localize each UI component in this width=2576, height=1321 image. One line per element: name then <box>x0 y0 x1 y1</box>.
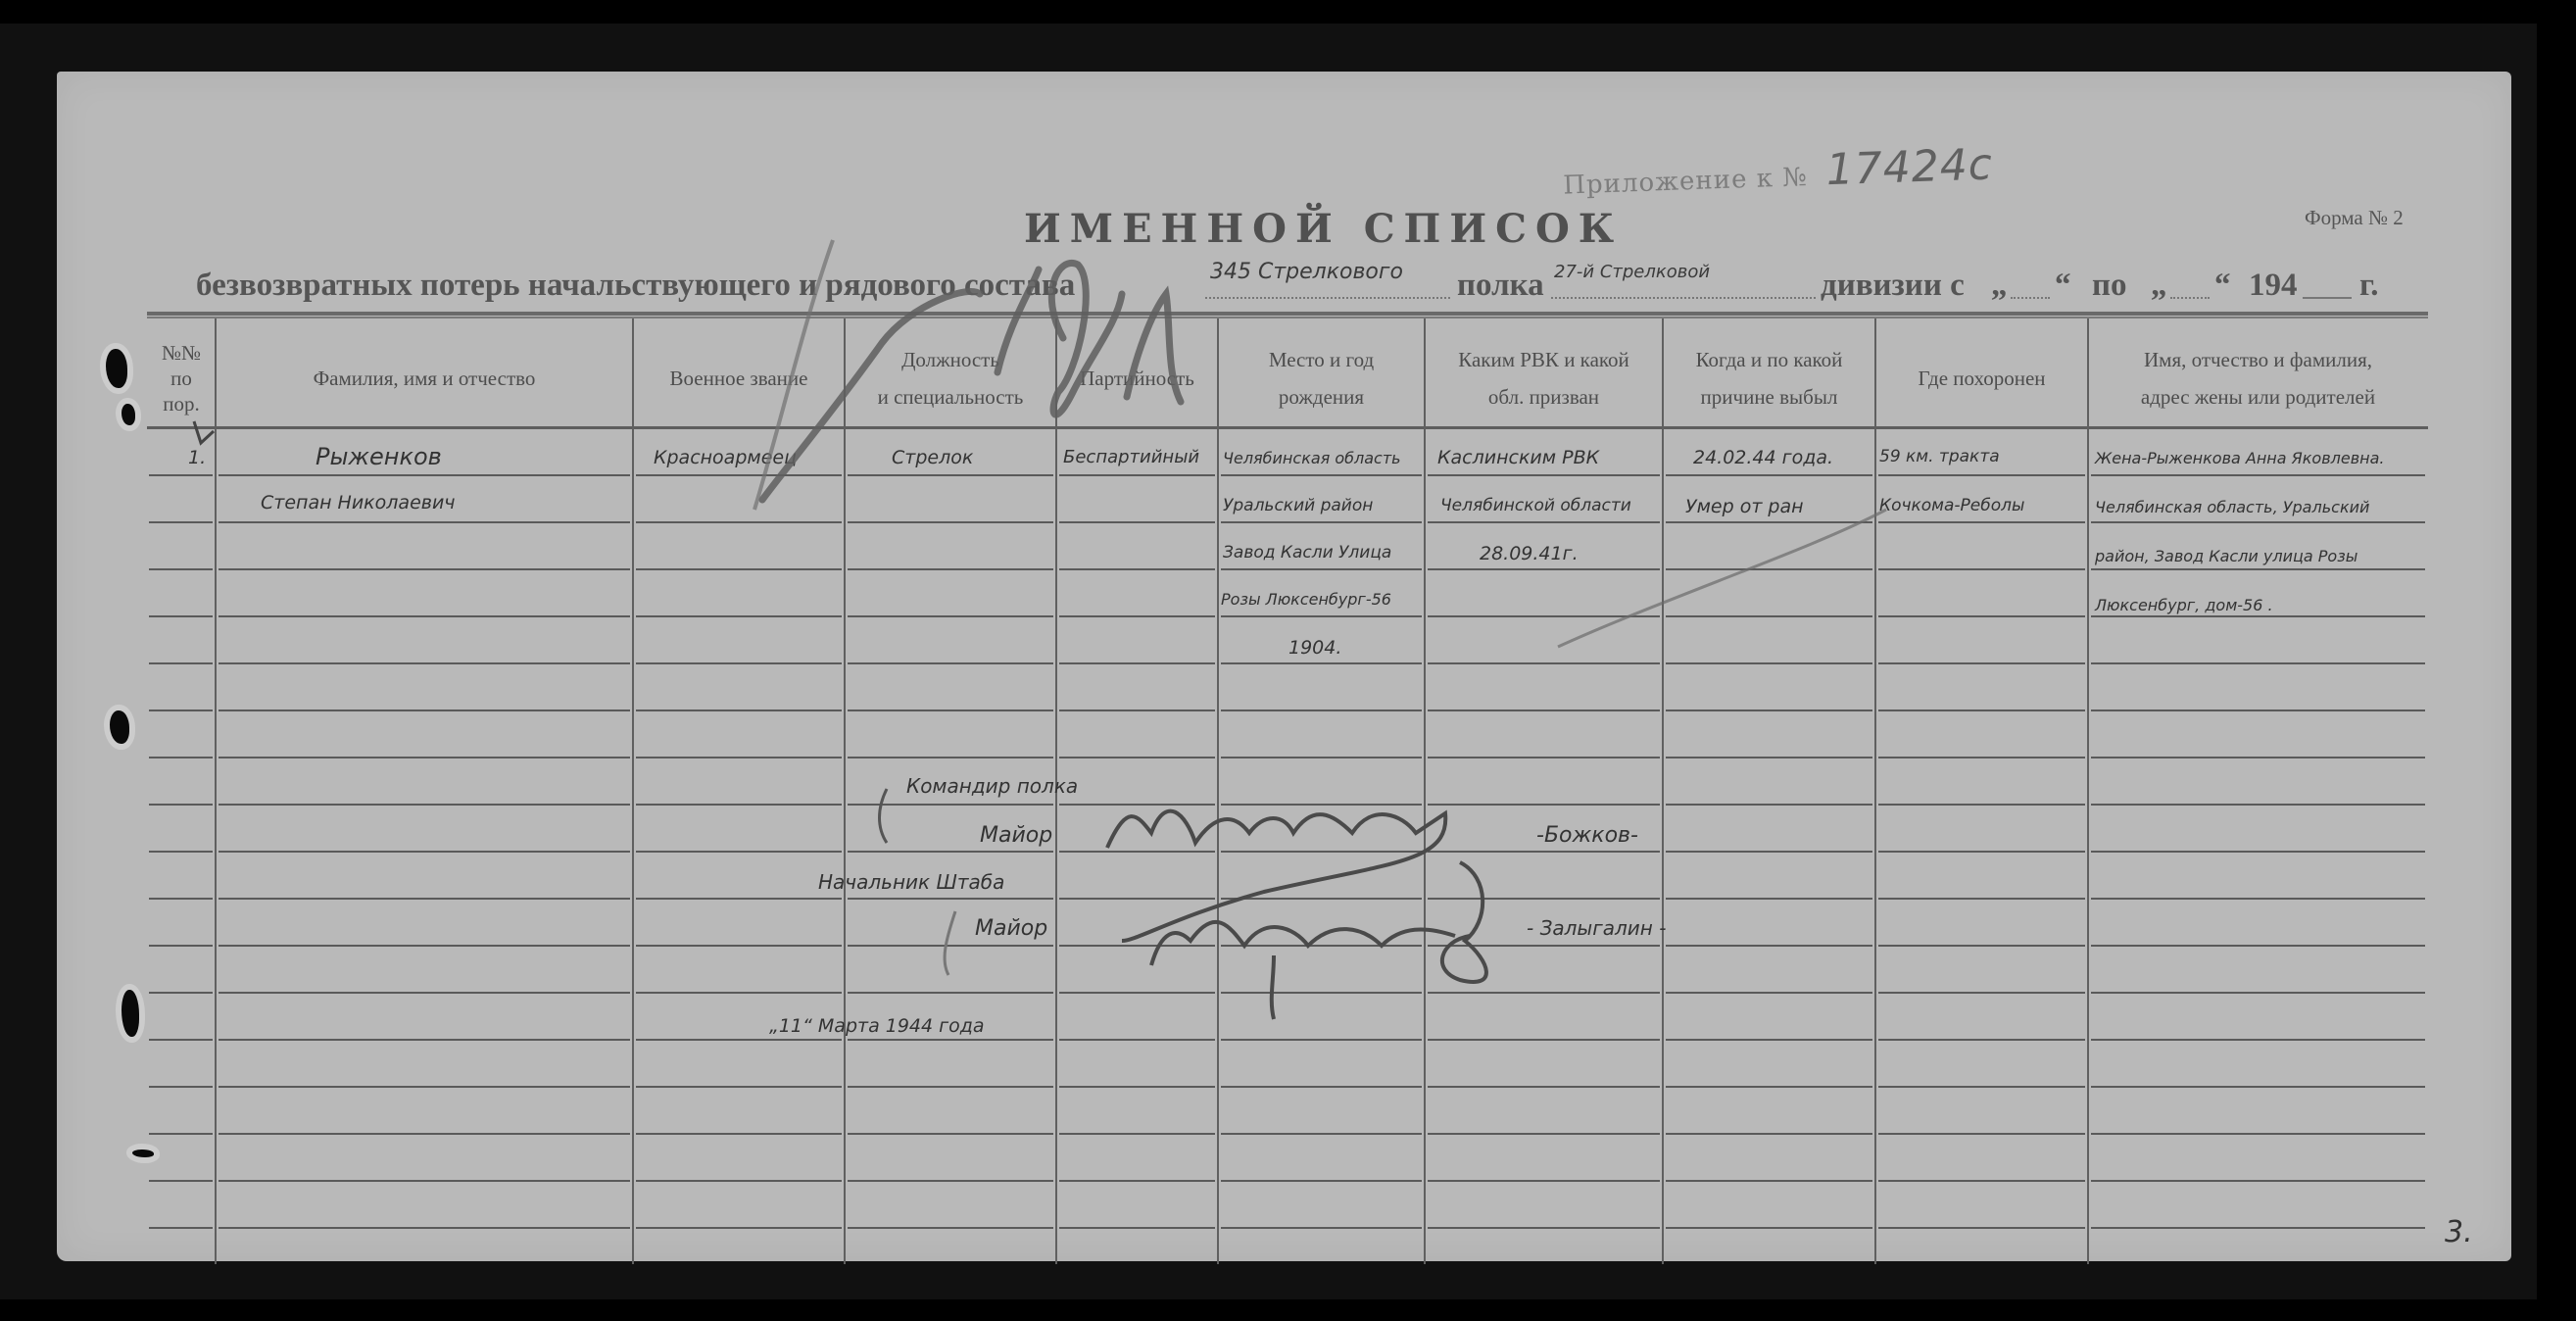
row-rule <box>1221 474 1422 476</box>
row-rule <box>1666 1227 1872 1229</box>
row-rule <box>636 709 842 711</box>
row-rule <box>1878 804 2085 806</box>
entry-rvk-line: Челябинской области <box>1440 496 1631 515</box>
row-rule <box>2091 1133 2425 1135</box>
row-rule <box>219 851 630 853</box>
entry-cause: Умер от ран <box>1685 496 1804 517</box>
row-rule <box>848 992 1053 994</box>
row-rule <box>1666 709 1872 711</box>
row-rule <box>219 615 630 617</box>
row-rule <box>1059 945 1215 947</box>
row-rule <box>1666 1086 1872 1088</box>
row-rule <box>2091 615 2425 617</box>
row-rule <box>219 757 630 758</box>
row-rule <box>1221 521 1422 523</box>
row-rule <box>2091 709 2425 711</box>
row-rule <box>636 1227 842 1229</box>
row-rule <box>149 568 213 570</box>
row-rule <box>1221 568 1422 570</box>
row-rule <box>1221 1180 1422 1182</box>
row-rule <box>848 709 1053 711</box>
row-rule <box>149 992 213 994</box>
row-rule <box>2091 945 2425 947</box>
row-rule <box>1666 474 1872 476</box>
row-rule <box>149 709 213 711</box>
entry-birth-line: Уральский район <box>1223 496 1373 515</box>
row-rule <box>149 474 213 476</box>
quote-open-1: „ <box>1991 268 2008 304</box>
form-number: Форма № 2 <box>2305 206 2404 230</box>
entry-burial-line: Кочкома-Реболы <box>1879 496 2024 515</box>
scan-border-top <box>0 0 2576 24</box>
row-rule <box>149 804 213 806</box>
row-rule <box>2091 757 2425 758</box>
date-to-fill-line <box>2170 268 2210 299</box>
row-rule <box>1878 1133 2085 1135</box>
header-name: Фамилия, имя и отчество <box>217 331 632 424</box>
row-rule <box>219 474 630 476</box>
row-rule <box>1428 945 1660 947</box>
row-rule <box>1666 1039 1872 1041</box>
document-subtitle: безвозвратных потерь начальствующего и р… <box>196 268 2430 307</box>
subtitle-part1: безвозвратных потерь начальствующего и р… <box>196 268 1075 304</box>
row-rule <box>1428 615 1660 617</box>
subtitle-part2: полка <box>1457 268 1544 304</box>
row-rule <box>1221 709 1422 711</box>
row-rule <box>848 757 1053 758</box>
row-rule <box>636 1180 842 1182</box>
row-rule <box>219 945 630 947</box>
row-rule <box>848 521 1053 523</box>
row-rule <box>1059 615 1215 617</box>
header-position: Должность и специальность <box>846 331 1055 424</box>
row-rule <box>2091 1180 2425 1182</box>
row-rule <box>1666 1133 1872 1135</box>
row-rule <box>1878 709 2085 711</box>
row-rule <box>149 1039 213 1041</box>
row-rule <box>2091 568 2425 570</box>
entry-rank: Красноармеец <box>654 447 797 468</box>
row-rule <box>1428 568 1660 570</box>
row-rule <box>1059 851 1215 853</box>
row-rule <box>1059 474 1215 476</box>
entry-birth-line: Завод Касли Улица <box>1223 543 1391 563</box>
row-rule <box>1878 521 2085 523</box>
row-rule <box>1878 1086 2085 1088</box>
row-rule <box>2091 804 2425 806</box>
row-rule <box>1059 757 1215 758</box>
row-rule <box>2091 521 2425 523</box>
row-rule <box>848 615 1053 617</box>
row-rule <box>848 1086 1053 1088</box>
division-fill: 27-й Стрелковой <box>1554 262 1710 282</box>
header-rank: Военное звание <box>634 331 844 424</box>
punch-hole <box>106 349 127 388</box>
row-rule <box>1428 804 1660 806</box>
row-rule <box>848 474 1053 476</box>
punch-hole <box>132 1150 154 1157</box>
column-divider <box>215 318 217 1264</box>
column-divider <box>1874 318 1876 1264</box>
row-rule <box>219 898 630 900</box>
scan-border-right <box>2537 0 2576 1321</box>
row-rule <box>848 851 1053 853</box>
entry-rvk-line: Каслинским РВК <box>1437 447 1599 468</box>
row-rule <box>848 1039 1053 1041</box>
row-rule <box>1878 568 2085 570</box>
row-rule <box>848 662 1053 664</box>
row-rule <box>149 521 213 523</box>
row-rule <box>636 757 842 758</box>
row-rule <box>1428 521 1660 523</box>
column-divider <box>1662 318 1664 1264</box>
row-rule <box>2091 474 2425 476</box>
header-birth: Место и год рождения <box>1219 331 1424 424</box>
row-rule <box>848 1227 1053 1229</box>
row-rule <box>1059 804 1215 806</box>
row-rule <box>1428 662 1660 664</box>
regiment-fill: 345 Стрелкового <box>1210 260 1403 284</box>
document-title: ИМЕННОЙ СПИСОК <box>1024 206 1573 252</box>
entry-relatives-line: Челябинская область, Уральский <box>2095 498 2369 516</box>
column-divider <box>1424 318 1426 1264</box>
column-divider <box>1217 318 1219 1264</box>
row-rule <box>1221 757 1422 758</box>
signing-date: „11“ Марта 1944 года <box>769 1015 985 1037</box>
row-rule <box>149 1133 213 1135</box>
header-when-why: Когда и по какой причине выбыл <box>1664 331 1874 424</box>
row-rule <box>848 898 1053 900</box>
punch-hole <box>122 990 139 1037</box>
row-rule <box>636 945 842 947</box>
row-rule <box>1428 851 1660 853</box>
row-rule <box>219 521 630 523</box>
row-rule <box>1878 992 2085 994</box>
row-rule <box>1221 662 1422 664</box>
row-rule <box>219 1039 630 1041</box>
row-rule <box>1428 757 1660 758</box>
row-rule <box>2091 1086 2425 1088</box>
row-rule <box>1428 992 1660 994</box>
row-rule <box>1428 1227 1660 1229</box>
row-rule <box>149 757 213 758</box>
row-rule <box>636 1086 842 1088</box>
row-rule <box>1059 992 1215 994</box>
row-rule <box>1221 804 1422 806</box>
row-rule <box>1059 521 1215 523</box>
row-rule <box>149 851 213 853</box>
row-rule <box>1878 474 2085 476</box>
row-rule <box>1878 1227 2085 1229</box>
row-rule <box>1428 1086 1660 1088</box>
row-rule <box>1428 709 1660 711</box>
row-rule <box>1666 568 1872 570</box>
row-rule <box>1428 474 1660 476</box>
entry-relatives-line: Жена-Рыженкова Анна Яковлевна. <box>2095 449 2385 467</box>
commander-rank: Майор <box>980 823 1052 848</box>
quote-close-1: “ <box>2055 268 2071 304</box>
chief-of-staff-title: Начальник Штаба <box>818 870 1004 894</box>
header-rvk: Каким РВК и какой обл. призван <box>1426 331 1662 424</box>
row-rule <box>1666 851 1872 853</box>
year-fill-line <box>2303 268 2352 299</box>
header-relatives: Имя, отчество и фамилия, адрес жены или … <box>2089 331 2427 424</box>
row-rule <box>1878 1039 2085 1041</box>
row-rule <box>219 709 630 711</box>
row-rule <box>848 804 1053 806</box>
entry-number: 1. <box>188 447 206 468</box>
row-rule <box>636 615 842 617</box>
row-rule <box>1666 757 1872 758</box>
row-rule <box>1666 1180 1872 1182</box>
entry-party: Беспартийный <box>1063 447 1199 467</box>
quote-open-2: „ <box>2151 268 2167 304</box>
row-rule <box>2091 662 2425 664</box>
entry-surname: Рыженков <box>316 443 442 470</box>
row-rule <box>636 521 842 523</box>
row-rule <box>636 804 842 806</box>
row-rule <box>1666 898 1872 900</box>
row-rule <box>636 1039 842 1041</box>
entry-birth-year: 1904. <box>1288 637 1341 659</box>
row-rule <box>1221 1039 1422 1041</box>
row-rule <box>1666 521 1872 523</box>
row-rule <box>219 1086 630 1088</box>
row-rule <box>149 898 213 900</box>
row-rule <box>1666 615 1872 617</box>
chief-of-staff-name: - Залыгалин - <box>1527 916 1666 940</box>
row-rule <box>1666 662 1872 664</box>
row-rule <box>1221 945 1422 947</box>
row-rule <box>1878 1180 2085 1182</box>
commander-title: Командир полка <box>906 774 1078 798</box>
scan-border-bottom <box>0 1299 2576 1321</box>
row-rule <box>1059 1227 1215 1229</box>
page-number: 3. <box>2445 1215 2473 1249</box>
header-num: №№ по пор. <box>149 331 214 424</box>
row-rule <box>1428 1039 1660 1041</box>
row-rule <box>1059 1180 1215 1182</box>
table-header-bottom-rule <box>147 426 2428 429</box>
row-rule <box>848 1180 1053 1182</box>
column-divider <box>632 318 634 1264</box>
row-rule <box>149 662 213 664</box>
row-rule <box>1059 898 1215 900</box>
quote-close-2: “ <box>2214 268 2231 304</box>
row-rule <box>848 568 1053 570</box>
row-rule <box>219 992 630 994</box>
row-rule <box>848 1133 1053 1135</box>
row-rule <box>219 1180 630 1182</box>
row-rule <box>636 662 842 664</box>
commander-name: -Божков- <box>1536 823 1638 848</box>
row-rule <box>636 474 842 476</box>
row-rule <box>636 1133 842 1135</box>
entry-date-out: 24.02.44 года. <box>1693 447 1833 468</box>
row-rule <box>1428 1133 1660 1135</box>
row-rule <box>219 804 630 806</box>
header-party: Партийность <box>1057 331 1217 424</box>
row-rule <box>1221 615 1422 617</box>
row-rule <box>636 851 842 853</box>
date-from-fill-line <box>2011 268 2050 299</box>
subtitle-part3: дивизии с <box>1821 268 1965 304</box>
row-rule <box>636 568 842 570</box>
header-buried: Где похоронен <box>1876 331 2087 424</box>
entry-birth-line: Розы Люксенбург-56 <box>1221 590 1391 609</box>
year-prefix: 194 <box>2249 268 2298 304</box>
row-rule <box>1059 1133 1215 1135</box>
stamp-prefix: Приложение к № <box>1563 163 1808 201</box>
entry-relatives-line: район, Завод Касли улица Розы <box>2095 547 2357 565</box>
row-rule <box>1221 1133 1422 1135</box>
row-rule <box>1059 709 1215 711</box>
row-rule <box>1878 615 2085 617</box>
row-rule <box>219 662 630 664</box>
row-rule <box>1878 851 2085 853</box>
row-rule <box>2091 898 2425 900</box>
row-rule <box>1666 945 1872 947</box>
row-rule <box>1059 1039 1215 1041</box>
row-rule <box>1059 662 1215 664</box>
row-rule <box>219 1227 630 1229</box>
column-divider <box>844 318 846 1264</box>
row-rule <box>149 1180 213 1182</box>
row-rule <box>149 1086 213 1088</box>
table-top-rule <box>147 312 2428 318</box>
row-rule <box>1666 992 1872 994</box>
row-rule <box>848 945 1053 947</box>
row-rule <box>1221 992 1422 994</box>
row-rule <box>1221 898 1422 900</box>
entry-birth-line: Челябинская область <box>1223 449 1401 467</box>
row-rule <box>1878 898 2085 900</box>
year-suffix: г. <box>2359 268 2379 304</box>
subtitle-part4: по <box>2092 268 2127 304</box>
entry-relatives-line: Люксенбург, дом-56 . <box>2095 596 2273 614</box>
row-rule <box>1428 1180 1660 1182</box>
row-rule <box>149 615 213 617</box>
row-rule <box>1428 898 1660 900</box>
row-rule <box>1666 804 1872 806</box>
column-divider <box>2087 318 2089 1264</box>
row-rule <box>219 568 630 570</box>
punch-hole <box>110 710 129 744</box>
chief-of-staff-rank: Майор <box>975 916 1047 941</box>
punch-hole <box>122 404 135 425</box>
row-rule <box>219 1133 630 1135</box>
row-rule <box>1059 1086 1215 1088</box>
row-rule <box>1878 757 2085 758</box>
row-rule <box>2091 1227 2425 1229</box>
row-rule <box>636 898 842 900</box>
entry-given-names: Степан Николаевич <box>261 492 456 514</box>
row-rule <box>2091 1039 2425 1041</box>
row-rule <box>1878 662 2085 664</box>
row-rule <box>2091 992 2425 994</box>
entry-rvk-date: 28.09.41г. <box>1480 543 1579 564</box>
entry-position: Стрелок <box>892 447 973 468</box>
row-rule <box>1221 1086 1422 1088</box>
row-rule <box>1878 945 2085 947</box>
row-rule <box>1221 1227 1422 1229</box>
row-rule <box>2091 851 2425 853</box>
row-rule <box>1059 568 1215 570</box>
row-rule <box>149 1227 213 1229</box>
row-rule <box>636 992 842 994</box>
row-rule <box>1221 851 1422 853</box>
row-rule <box>149 945 213 947</box>
entry-burial-line: 59 км. тракта <box>1879 447 2000 466</box>
stamp-number: 17424с <box>1825 139 1994 195</box>
